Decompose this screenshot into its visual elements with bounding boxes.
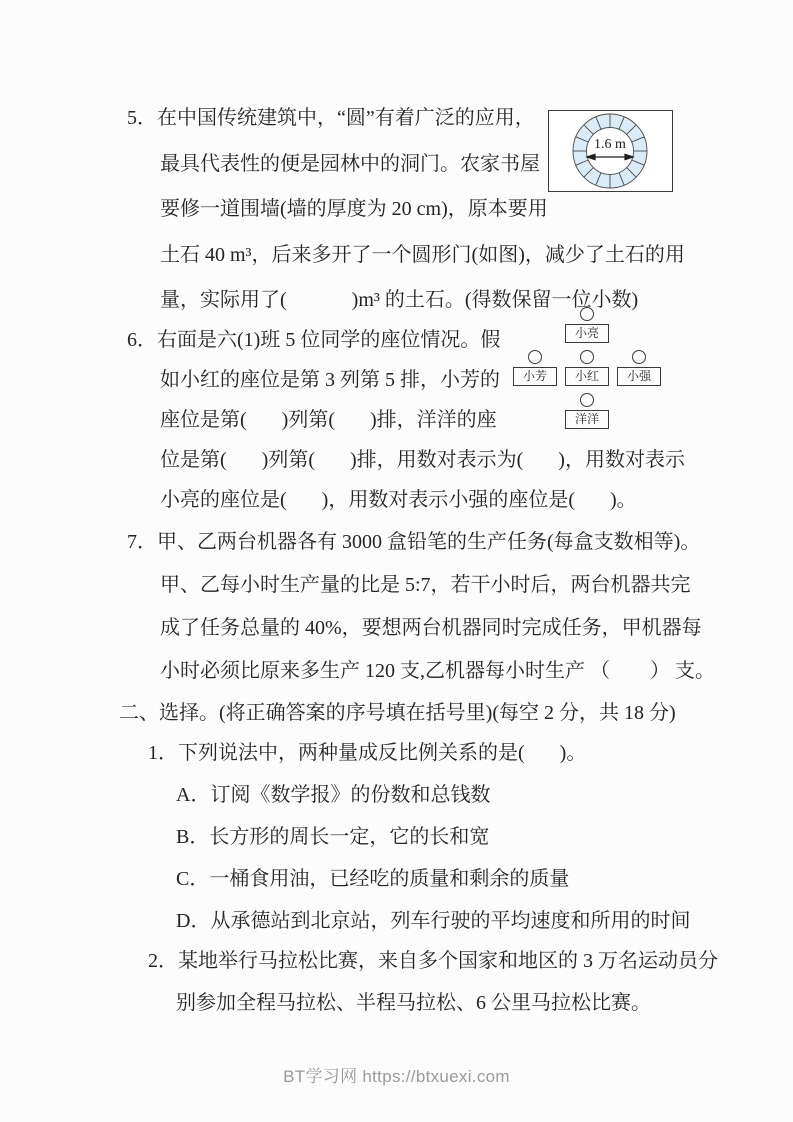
seat-yangyang: 洋洋 xyxy=(565,393,609,429)
seat-circle-icon xyxy=(632,350,646,364)
seat-circle-icon xyxy=(580,393,594,407)
seat-name-box: 小芳 xyxy=(513,367,557,386)
section-2-header: 二、选择。(将正确答案的序号填在括号里)(每空 2 分，共 18 分) xyxy=(119,692,676,735)
seat-chart: 小亮 小芳 小红 小强 洋洋 xyxy=(512,307,662,435)
question-6-line-4: 位是第( )列第( )排，用数对表示为( )，用数对表示 xyxy=(127,440,685,480)
section2-question-1: 1．下列说法中，两种量成反比例关系的是( )。 A．订阅《数学报》的份数和总钱数… xyxy=(148,732,690,942)
question-7-line-3: 成了任务总量的 40%，要想两台机器同时完成任务，甲机器每 xyxy=(127,607,715,650)
option-a: A．订阅《数学报》的份数和总钱数 xyxy=(148,774,690,816)
option-b: B．长方形的周长一定，它的长和宽 xyxy=(148,816,690,858)
question-7: 7．甲、乙两台机器各有 3000 盒铅笔的生产任务(每盒支数相等)。 甲、乙每小… xyxy=(127,521,715,693)
seat-xiaoqiang: 小强 xyxy=(617,350,661,386)
seat-xiaohong: 小红 xyxy=(565,350,609,386)
question-6-line-5: 小亮的座位是( )，用数对表示小强的座位是( )。 xyxy=(127,480,685,520)
question-2-line-2: 别参加全程马拉松、半程马拉松、6 公里马拉松比赛。 xyxy=(148,982,718,1024)
seat-circle-icon xyxy=(580,350,594,364)
option-d: D．从承德站到北京站，列车行驶的平均速度和所用的时间 xyxy=(148,900,690,942)
seat-name-box: 小亮 xyxy=(565,324,609,343)
seat-circle-icon xyxy=(580,307,594,321)
question-stem: 1．下列说法中，两种量成反比例关系的是( )。 xyxy=(148,732,690,774)
seat-xiaoliang: 小亮 xyxy=(565,307,609,343)
seat-name-box: 洋洋 xyxy=(565,410,609,429)
question-5-line-3: 要修一道围墙(墙的厚度为 20 cm)，原本要用 xyxy=(127,187,685,233)
door-ring-drawing: 1.6 m xyxy=(548,110,673,192)
circular-door-figure: 1.6 m xyxy=(548,110,673,192)
seat-circle-icon xyxy=(528,350,542,364)
question-5-line-4: 土石 40 m³，后来多开了一个圆形门(如图)，减少了土石的用 xyxy=(127,233,685,279)
seat-name-box: 小红 xyxy=(565,367,609,386)
site-watermark: BT学习网 https://btxuexi.com xyxy=(0,1062,793,1087)
seat-xiaofang: 小芳 xyxy=(513,350,557,386)
question-2-line-1: 2．某地举行马拉松比赛，来自多个国家和地区的 3 万名运动员分 xyxy=(148,940,718,982)
option-c: C．一桶食用油，已经吃的质量和剩余的质量 xyxy=(148,858,690,900)
question-7-line-2: 甲、乙每小时生产量的比是 5:7，若干小时后，两台机器共完 xyxy=(127,564,715,607)
diameter-label: 1.6 m xyxy=(594,137,626,152)
question-7-line-1: 7．甲、乙两台机器各有 3000 盒铅笔的生产任务(每盒支数相等)。 xyxy=(127,521,715,564)
section2-question-2: 2．某地举行马拉松比赛，来自多个国家和地区的 3 万名运动员分 别参加全程马拉松… xyxy=(148,940,718,1024)
seat-name-box: 小强 xyxy=(617,367,661,386)
question-7-line-4: 小时必须比原来多生产 120 支,乙机器每小时生产 （ ） 支。 xyxy=(127,650,715,693)
worksheet-page: 5．在中国传统建筑中，“圆”有着广泛的应用， 最具代表性的便是园林中的洞门。农家… xyxy=(0,0,793,1122)
